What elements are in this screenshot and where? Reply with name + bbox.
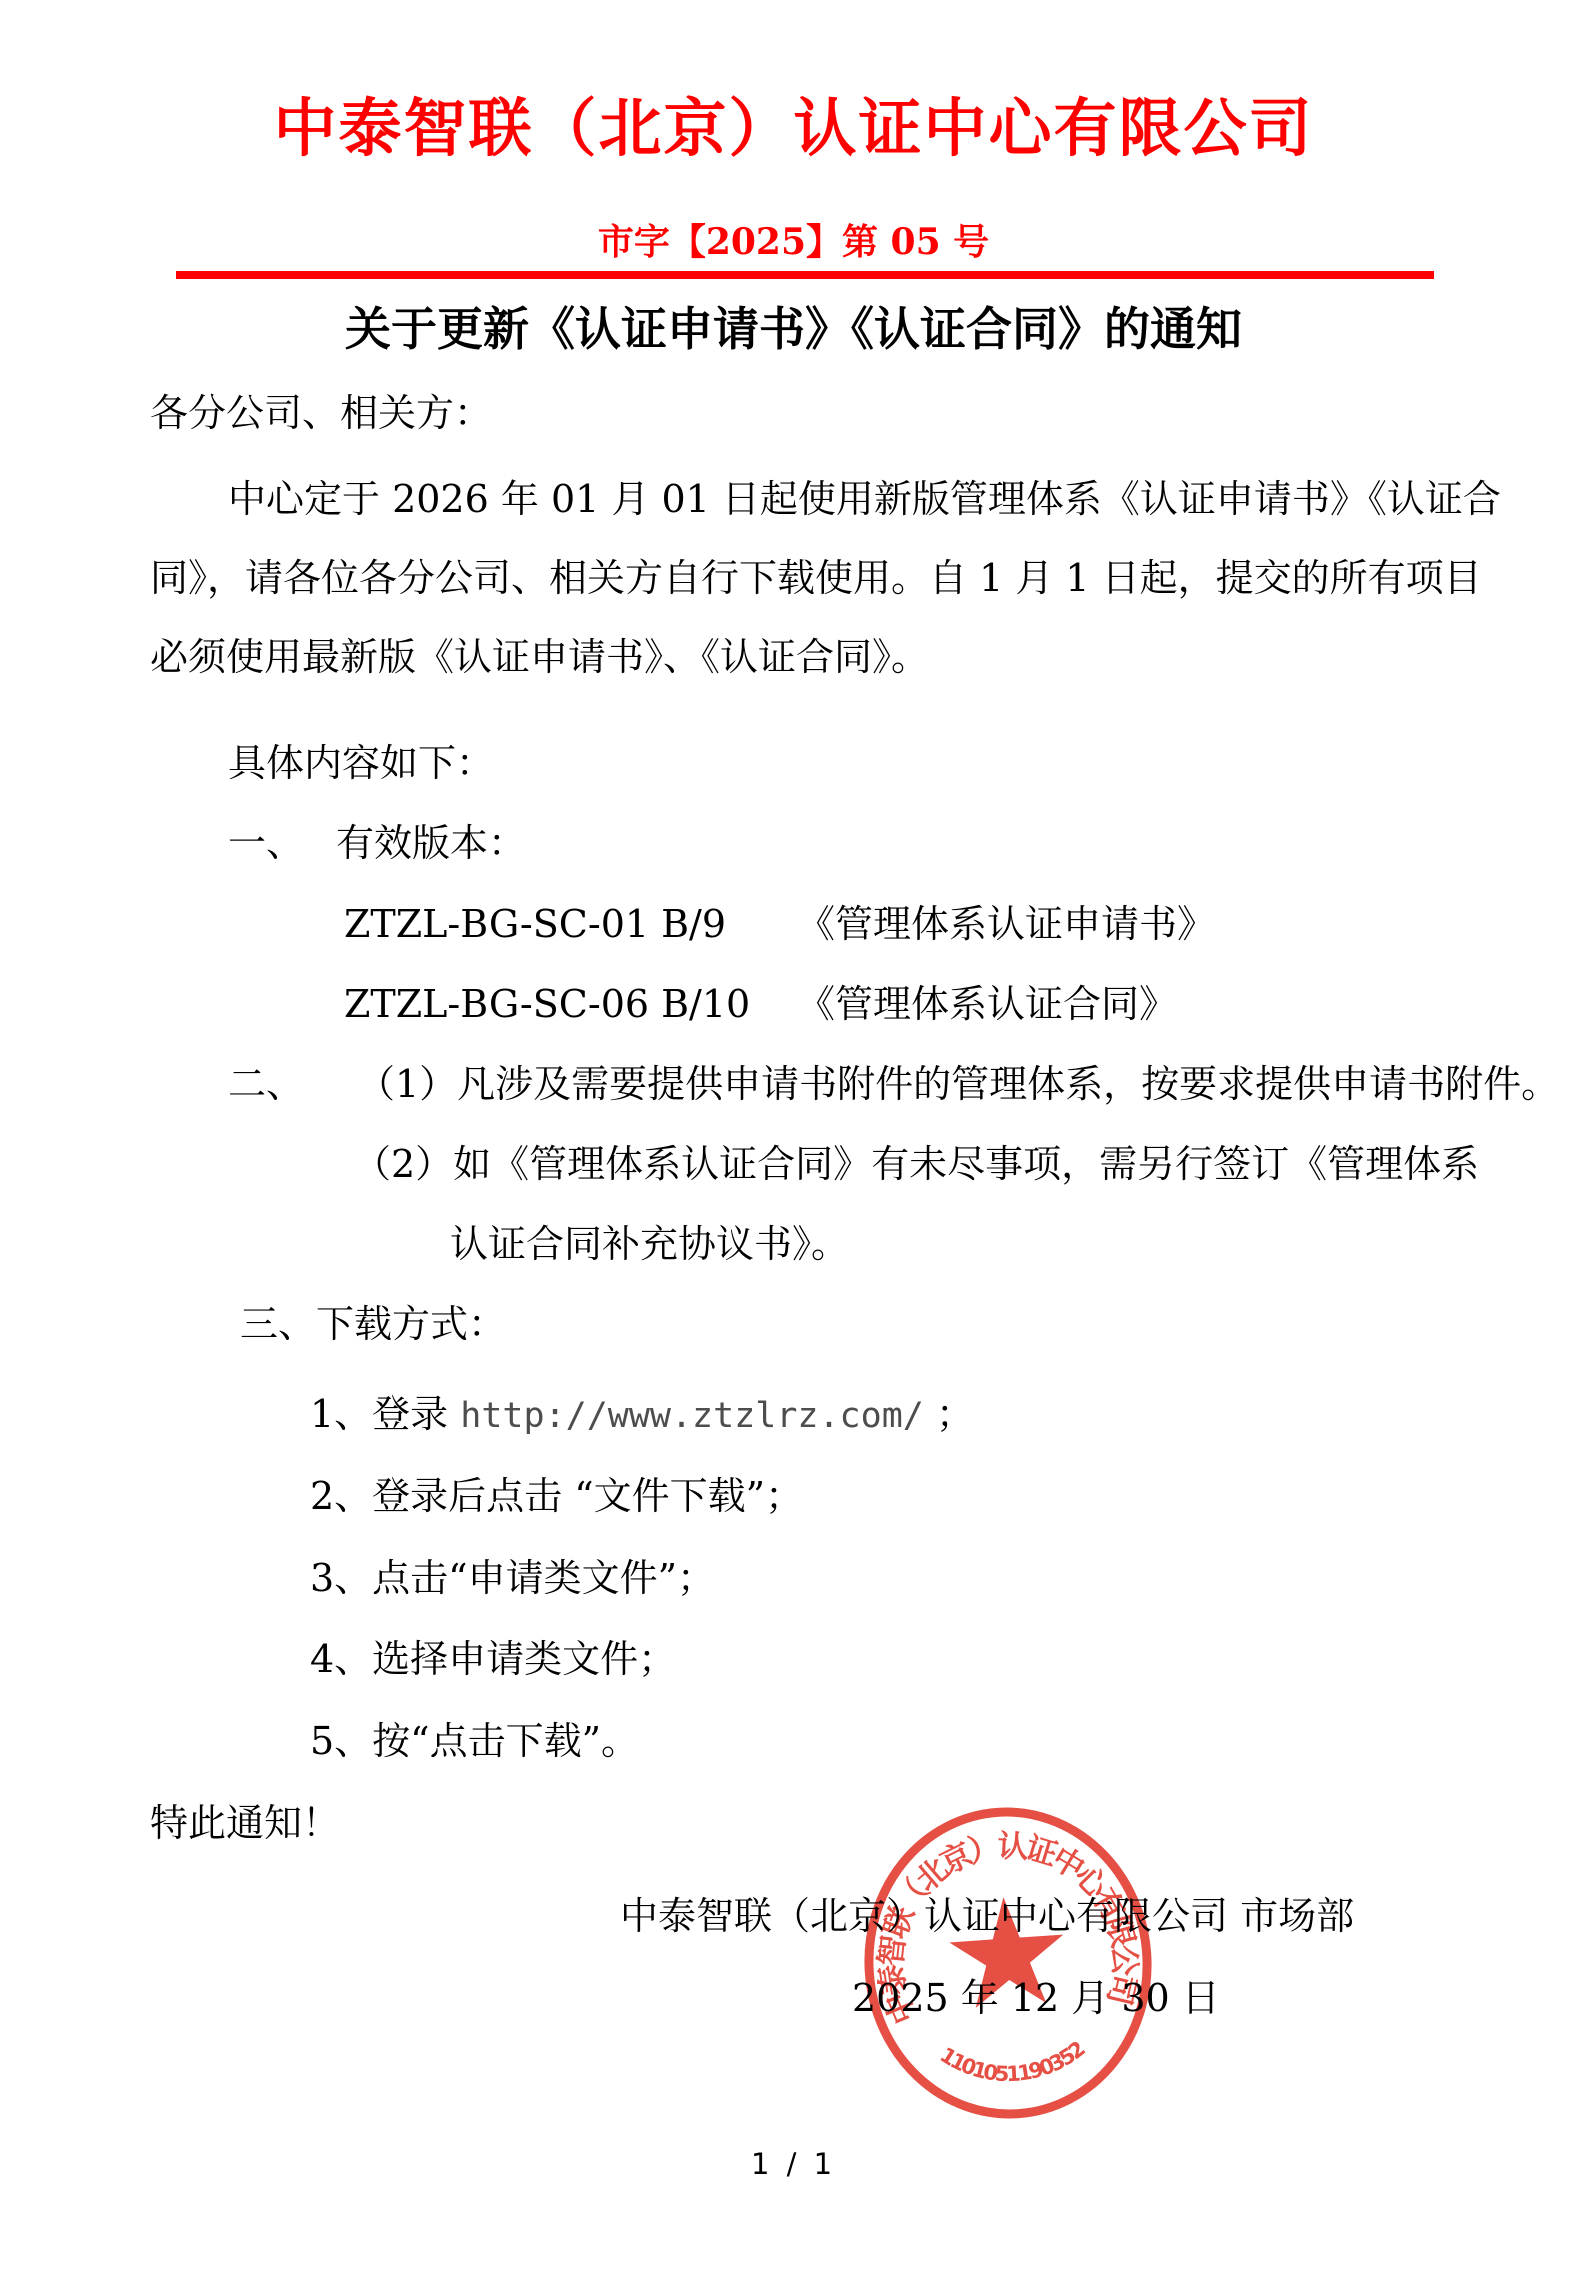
download-step: 3、点击“申请类文件”；: [310, 1557, 715, 1601]
section1-heading: 一、有效版本：: [228, 822, 526, 866]
paragraph-line: 同》，请各位各分公司、相关方自行下载使用。自 1 月 1 日起，提交的所有项目: [150, 557, 1482, 601]
salutation: 各分公司、相关方：: [150, 392, 492, 436]
doc-number: 市字【2025】第 05 号: [0, 222, 1587, 263]
paragraph-line: 中心定于 2026 年 01 月 01 日起使用新版管理体系《认证申请书》《认证…: [228, 478, 1501, 522]
download-step: 1、登录 http://www.ztzlrz.com/ ；: [310, 1393, 974, 1437]
page-number-indicator: 1 / 1: [0, 2148, 1587, 2181]
version-item-code: ZTZL-BG-SC-06 B/10: [344, 983, 750, 1027]
step-text: ；: [924, 1392, 974, 1436]
official-red-seal: 中泰智联（北京）认证中心有限公司 1101051190352: [858, 1800, 1158, 2126]
step-text: 1、登录: [310, 1392, 460, 1436]
download-step: 5、按“点击下载”。: [310, 1720, 639, 1764]
intro-line: 具体内容如下：: [228, 742, 494, 786]
notice-title: 关于更新《认证申请书》《认证合同》的通知: [0, 303, 1587, 356]
section2-item1: （1）凡涉及需要提供申请书附件的管理体系，按要求提供申请书附件。: [357, 1063, 1559, 1107]
section1-number: 一、: [228, 821, 304, 865]
seal-number: 1101051190352: [934, 2033, 1091, 2092]
download-step: 2、登录后点击 “文件下载”；: [310, 1475, 803, 1519]
section2-number: 二、: [228, 1063, 304, 1107]
download-step: 4、选择申请类文件；: [310, 1638, 676, 1682]
section1-heading-text: 有效版本：: [336, 821, 526, 865]
version-item-name: 《管理体系认证申请书》: [797, 903, 1215, 947]
signature-org: 中泰智联（北京）认证中心有限公司 市场部: [620, 1895, 1354, 1939]
website-url-link[interactable]: http://www.ztzlrz.com/: [460, 1396, 924, 1436]
letterhead-org-name: 中泰智联（北京）认证中心有限公司: [0, 92, 1587, 164]
section2-item2-line: （2）如《管理体系认证合同》有未尽事项，需另行签订《管理体系: [353, 1143, 1479, 1187]
notice-document-page: 中泰智联（北京）认证中心有限公司 市字【2025】第 05 号 关于更新《认证申…: [0, 0, 1587, 2275]
version-item-name: 《管理体系认证合同》: [797, 983, 1177, 1027]
signature-date: 2025 年 12 月 30 日: [852, 1977, 1220, 2021]
letterhead-divider-rule: [176, 271, 1434, 279]
closing-line: 特此通知！: [150, 1802, 340, 1846]
section3-heading: 三、下载方式：: [240, 1303, 506, 1347]
svg-text:1101051190352: 1101051190352: [934, 2033, 1091, 2092]
version-item-code: ZTZL-BG-SC-01 B/9: [344, 903, 726, 947]
section2-item2-line: 认证合同补充协议书》。: [450, 1223, 849, 1267]
paragraph-line: 必须使用最新版《认证申请书》、《认证合同》。: [150, 636, 929, 680]
